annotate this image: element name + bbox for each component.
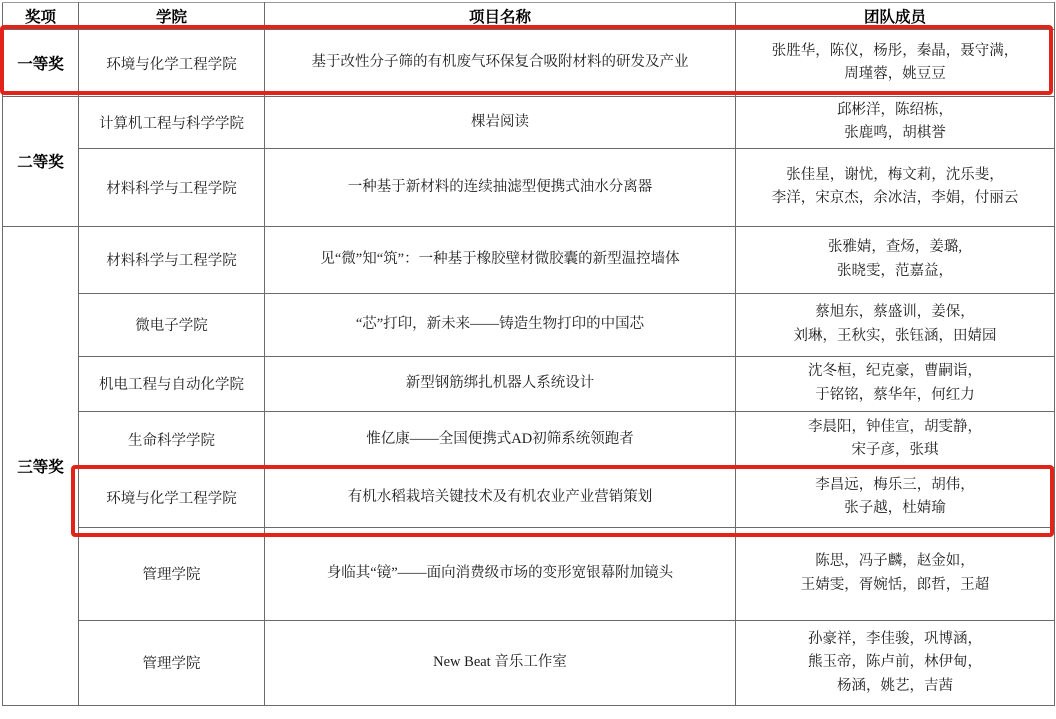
header-project: 项目名称 [265, 3, 736, 30]
college-cell: 环境与化学工程学院 [79, 467, 265, 527]
table-header-row: 奖项 学院 项目名称 团队成员 [3, 3, 1055, 30]
project-cell: 惟亿康——全国便携式AD初筛系统领跑者 [265, 411, 736, 467]
college-cell: 生命科学学院 [79, 411, 265, 467]
table-row: 生命科学学院 惟亿康——全国便携式AD初筛系统领跑者 李晨阳，钟佳宣，胡雯静， … [3, 411, 1055, 467]
project-cell: 新型钢筋绑扎机器人系统设计 [265, 356, 736, 411]
table-row: 微电子学院 “芯”打印，新未来——铸造生物打印的中国芯 蔡旭东，蔡盛训，姜保， … [3, 293, 1055, 356]
table-row: 材料科学与工程学院 一种基于新材料的连续抽滤型便携式油水分离器 张佳星，谢忧，梅… [3, 148, 1055, 226]
college-cell: 机电工程与自动化学院 [79, 356, 265, 411]
project-cell: 一种基于新材料的连续抽滤型便携式油水分离器 [265, 148, 736, 226]
table-row: 一等奖 环境与化学工程学院 基于改性分子筛的有机废气环保复合吸附材料的研发及产业… [3, 30, 1055, 97]
header-college: 学院 [79, 3, 265, 30]
award-cell-first-prize: 一等奖 [3, 30, 79, 97]
members-cell: 张雅婧，查炀，姜璐, 张晓雯，范嘉益， [736, 226, 1055, 293]
college-cell: 微电子学院 [79, 293, 265, 356]
members-cell: 蔡旭东，蔡盛训，姜保， 刘琳，王秋实，张钰涵，田婧园 [736, 293, 1055, 356]
project-cell: 见“微”知“筑”：一种基于橡胶壁材微胶囊的新型温控墙体 [265, 226, 736, 293]
members-cell: 孙豪祥，李佳骏，巩博涵， 熊玉帝，陈卢前，林伊甸， 杨涵，姚艺，吉茜 [736, 620, 1055, 705]
project-cell: 基于改性分子筛的有机废气环保复合吸附材料的研发及产业 [265, 30, 736, 97]
members-cell: 张佳星，谢忧，梅文莉，沈乐斐， 李洋，宋京杰，余冰洁，李娟，付丽云 [736, 148, 1055, 226]
members-cell: 沈冬桓，纪克豪，曹嗣诣， 于铭铭，蔡华年，何红力 [736, 356, 1055, 411]
college-cell: 管理学院 [79, 527, 265, 620]
award-cell-third-prize: 三等奖 [3, 226, 79, 705]
award-cell-second-prize: 二等奖 [3, 97, 79, 227]
project-cell: New Beat 音乐工作室 [265, 620, 736, 705]
header-members: 团队成员 [736, 3, 1055, 30]
members-cell: 张胜华，陈仪，杨彤，秦晶，聂守满， 周瑾蓉，姚豆豆 [736, 30, 1055, 97]
table-row: 二等奖 计算机工程与科学学院 棵岩阅读 邱彬洋，陈绍栋， 张鹿鸣，胡棋誉 [3, 97, 1055, 149]
table-row: 三等奖 材料科学与工程学院 见“微”知“筑”：一种基于橡胶壁材微胶囊的新型温控墙… [3, 226, 1055, 293]
table-row: 管理学院 身临其“镜”——面向消费级市场的变形宽银幕附加镜头 陈思，冯子麟，赵金… [3, 527, 1055, 620]
project-cell: “芯”打印，新未来——铸造生物打印的中国芯 [265, 293, 736, 356]
table-row: 管理学院 New Beat 音乐工作室 孙豪祥，李佳骏，巩博涵， 熊玉帝，陈卢前… [3, 620, 1055, 705]
college-cell: 计算机工程与科学学院 [79, 97, 265, 149]
table-row: 环境与化学工程学院 有机水稻栽培关键技术及有机农业产业营销策划 李昌远，梅乐三，… [3, 467, 1055, 527]
members-cell: 李昌远，梅乐三，胡伟， 张子越，杜婧瑜 [736, 467, 1055, 527]
college-cell: 环境与化学工程学院 [79, 30, 265, 97]
table-row: 机电工程与自动化学院 新型钢筋绑扎机器人系统设计 沈冬桓，纪克豪，曹嗣诣， 于铭… [3, 356, 1055, 411]
college-cell: 材料科学与工程学院 [79, 148, 265, 226]
members-cell: 陈思，冯子麟，赵金如， 王婧雯，胥婉恬，郎哲，王超 [736, 527, 1055, 620]
members-cell: 邱彬洋，陈绍栋， 张鹿鸣，胡棋誉 [736, 97, 1055, 149]
header-award: 奖项 [3, 3, 79, 30]
college-cell: 管理学院 [79, 620, 265, 705]
members-cell: 李晨阳，钟佳宣，胡雯静， 宋子彦，张琪 [736, 411, 1055, 467]
college-cell: 材料科学与工程学院 [79, 226, 265, 293]
project-cell: 有机水稻栽培关键技术及有机农业产业营销策划 [265, 467, 736, 527]
award-results-table: 奖项 学院 项目名称 团队成员 一等奖 环境与化学工程学院 基于改性分子筛的有机… [2, 2, 1055, 706]
project-cell: 棵岩阅读 [265, 97, 736, 149]
project-cell: 身临其“镜”——面向消费级市场的变形宽银幕附加镜头 [265, 527, 736, 620]
